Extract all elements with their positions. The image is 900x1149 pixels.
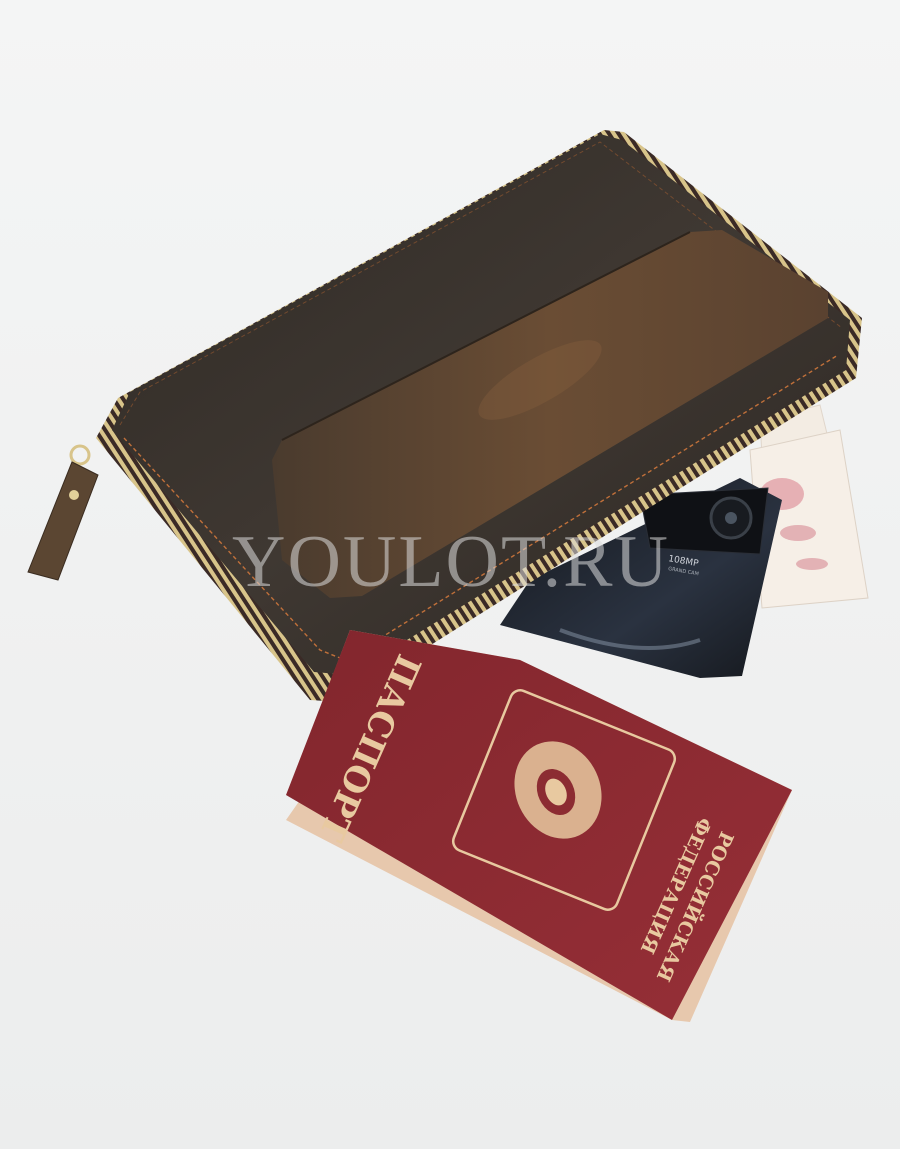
product-photo: 108MP GRAND CAM ПАСПОРТ Р [0, 0, 900, 1149]
rivet-icon [69, 490, 79, 500]
